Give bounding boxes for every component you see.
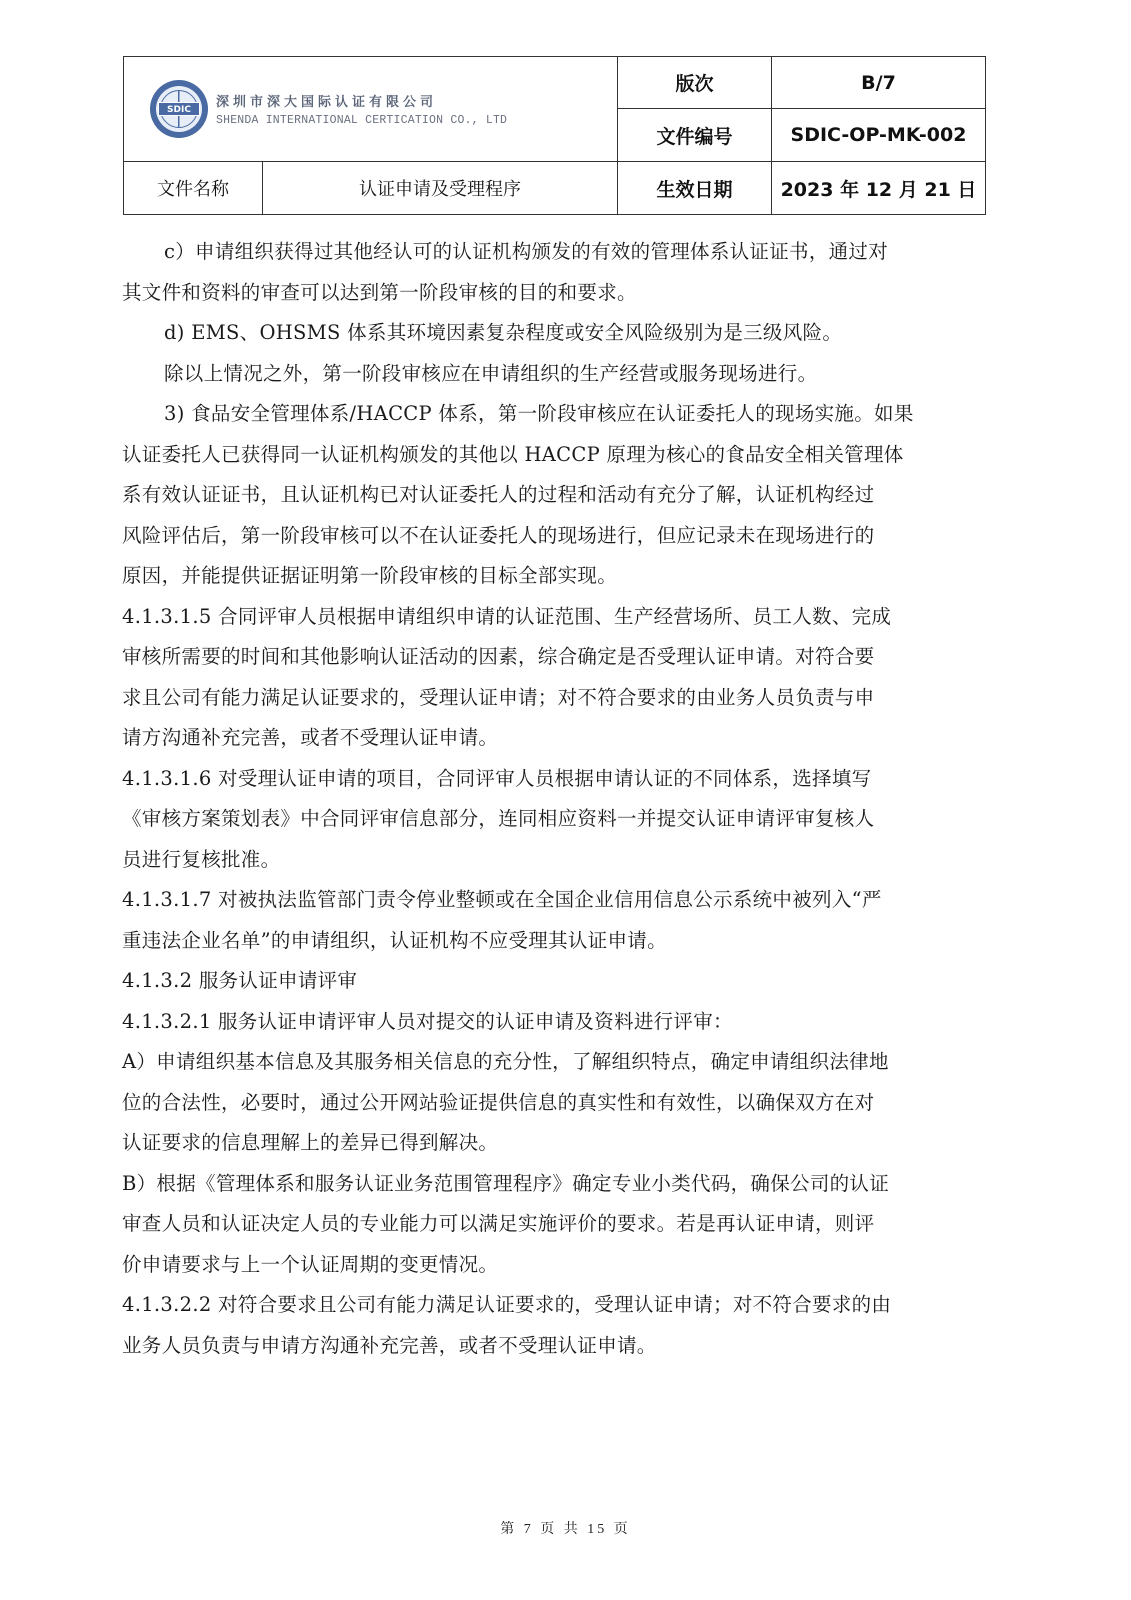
body-text-line: 重违法企业名单”的申请组织，认证机构不应受理其认证申请。 bbox=[122, 921, 990, 962]
effective-date-value: 2023 年 12 月 21 日 bbox=[772, 162, 986, 215]
logo-badge-text: SDIC bbox=[158, 102, 200, 116]
body-text-line: 4.1.3.1.6 对受理认证申请的项目，合同评审人员根据申请认证的不同体系，选… bbox=[122, 759, 990, 800]
body-text-line: 业务人员负责与申请方沟通补充完善，或者不受理认证申请。 bbox=[122, 1326, 990, 1367]
body-text-line: 除以上情况之外，第一阶段审核应在申请组织的生产经营或服务现场进行。 bbox=[122, 354, 990, 395]
document-page: SDIC 深圳市深大国际认证有限公司 SHENDA INTERNATIONAL … bbox=[0, 0, 1131, 1600]
doc-name-value: 认证申请及受理程序 bbox=[263, 162, 618, 215]
effective-date-label: 生效日期 bbox=[618, 162, 772, 215]
body-text-line: 员进行复核批准。 bbox=[122, 840, 990, 881]
body-text-line: 系有效认证证书，且认证机构已对认证委托人的过程和活动有充分了解，认证机构经过 bbox=[122, 475, 990, 516]
body-text-line: d) EMS、OHSMS 体系其环境因素复杂程度或安全风险级别为是三级风险。 bbox=[122, 313, 990, 354]
company-name-cn: 深圳市深大国际认证有限公司 bbox=[216, 91, 507, 110]
body-text-line: 原因，并能提供证据证明第一阶段审核的目标全部实现。 bbox=[122, 556, 990, 597]
document-header-table: SDIC 深圳市深大国际认证有限公司 SHENDA INTERNATIONAL … bbox=[123, 56, 986, 215]
version-value: B/7 bbox=[772, 57, 986, 109]
body-text-line: 认证委托人已获得同一认证机构颁发的其他以 HACCP 原理为核心的食品安全相关管… bbox=[122, 435, 990, 476]
body-text-line: A）申请组织基本信息及其服务相关信息的充分性，了解组织特点，确定申请组织法律地 bbox=[122, 1042, 990, 1083]
body-text-line: 风险评估后，第一阶段审核可以不在认证委托人的现场进行，但应记录未在现场进行的 bbox=[122, 516, 990, 557]
body-text-line: 位的合法性，必要时，通过公开网站验证提供信息的真实性和有效性，以确保双方在对 bbox=[122, 1083, 990, 1124]
version-label: 版次 bbox=[618, 57, 772, 109]
body-text-line: B）根据《管理体系和服务认证业务范围管理程序》确定专业小类代码，确保公司的认证 bbox=[122, 1164, 990, 1205]
body-text-line: 请方沟通补充完善，或者不受理认证申请。 bbox=[122, 718, 990, 759]
company-logo-cell: SDIC 深圳市深大国际认证有限公司 SHENDA INTERNATIONAL … bbox=[124, 57, 618, 162]
page-number-footer: 第 7 页 共 15 页 bbox=[0, 1518, 1131, 1538]
company-name-en: SHENDA INTERNATIONAL CERTICATION CO., LT… bbox=[216, 114, 507, 127]
body-text-line: 4.1.3.1.5 合同评审人员根据申请组织申请的认证范围、生产经营场所、员工人… bbox=[122, 597, 990, 638]
body-text-line: 4.1.3.2.2 对符合要求且公司有能力满足认证要求的，受理认证申请；对不符合… bbox=[122, 1285, 990, 1326]
body-text-line: 价申请要求与上一个认证周期的变更情况。 bbox=[122, 1245, 990, 1286]
body-text-line: 4.1.3.2 服务认证申请评审 bbox=[122, 961, 990, 1002]
body-text-line: 求且公司有能力满足认证要求的，受理认证申请；对不符合要求的由业务人员负责与申 bbox=[122, 678, 990, 719]
document-body: c）申请组织获得过其他经认可的认证机构颁发的有效的管理体系认证证书，通过对其文件… bbox=[122, 232, 990, 1366]
body-text-line: c）申请组织获得过其他经认可的认证机构颁发的有效的管理体系认证证书，通过对 bbox=[122, 232, 990, 273]
sdic-logo-icon: SDIC bbox=[150, 80, 208, 138]
body-text-line: 审核所需要的时间和其他影响认证活动的因素，综合确定是否受理认证申请。对符合要 bbox=[122, 637, 990, 678]
body-text-line: 4.1.3.2.1 服务认证申请评审人员对提交的认证申请及资料进行评审： bbox=[122, 1002, 990, 1043]
body-text-line: 审查人员和认证决定人员的专业能力可以满足实施评价的要求。若是再认证申请，则评 bbox=[122, 1204, 990, 1245]
body-text-line: 《审核方案策划表》中合同评审信息部分，连同相应资料一并提交认证申请评审复核人 bbox=[122, 799, 990, 840]
body-text-line: 4.1.3.1.7 对被执法监管部门责令停业整顿或在全国企业信用信息公示系统中被… bbox=[122, 880, 990, 921]
doc-name-label: 文件名称 bbox=[124, 162, 263, 215]
doc-number-label: 文件编号 bbox=[618, 109, 772, 162]
body-text-line: 3) 食品安全管理体系/HACCP 体系，第一阶段审核应在认证委托人的现场实施。… bbox=[122, 394, 990, 435]
doc-number-value: SDIC-OP-MK-002 bbox=[772, 109, 986, 162]
body-text-line: 认证要求的信息理解上的差异已得到解决。 bbox=[122, 1123, 990, 1164]
body-text-line: 其文件和资料的审查可以达到第一阶段审核的目的和要求。 bbox=[122, 273, 990, 314]
